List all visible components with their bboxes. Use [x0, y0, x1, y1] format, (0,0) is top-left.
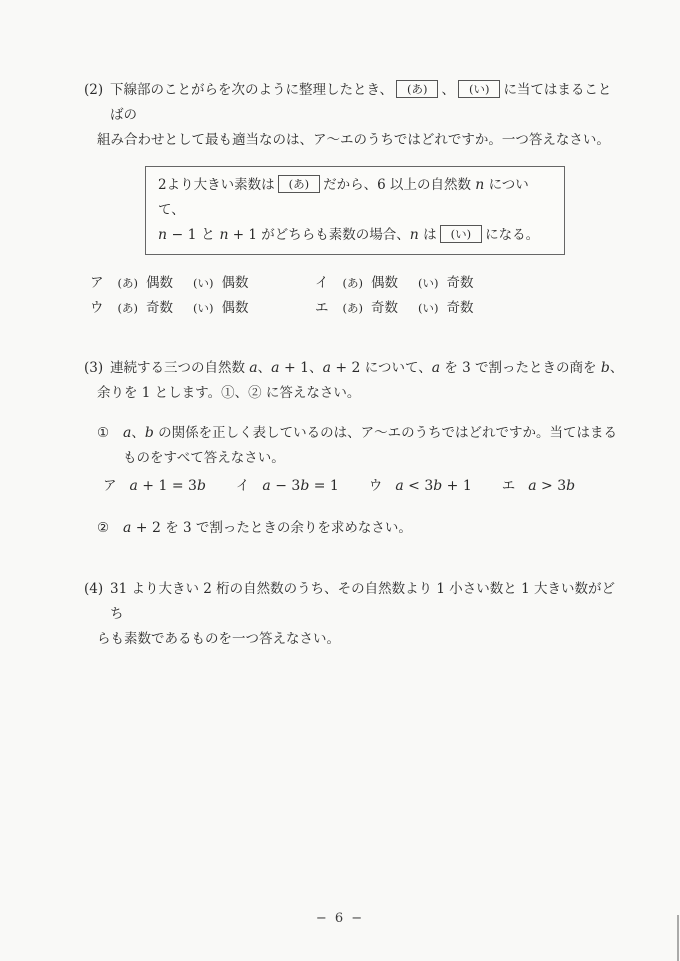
math-var-n: n — [158, 227, 167, 243]
tag-a: (あ) — [343, 271, 363, 296]
tag-a: (あ) — [118, 296, 138, 321]
math-var-n: n — [475, 177, 484, 193]
question-3-1: ① a、b の関係を正しく表しているのは、ア～エのうちではどれですか。当てはまる… — [97, 421, 624, 471]
tag-a: (あ) — [118, 271, 138, 296]
option-expression: a + 1 = 3b — [130, 474, 206, 499]
choice-value: 奇数 — [371, 296, 398, 321]
question-3-body: 連続する三つの自然数 a、a + 1、a + 2 について、a を 3 で割った… — [110, 356, 624, 406]
option-label: エ — [502, 474, 516, 499]
choice-value: 偶数 — [221, 296, 248, 321]
question-2-text: 下線部のことがらを次のように整理したとき、 — [110, 82, 393, 98]
question-3-text: について、 — [360, 360, 431, 376]
blank-box-i: (い) — [458, 80, 500, 98]
statement-text: + 1 がどちらも素数の場合、 — [229, 227, 410, 243]
statement-line-1: 2より大きい素数は(あ)だから、6 以上の自然数 n について、 — [158, 173, 552, 223]
choice-e: エ (あ) 奇数 (い) 奇数 — [315, 296, 624, 321]
choice-label: ウ — [90, 296, 104, 321]
option-e: エ a > 3b — [502, 474, 575, 499]
choice-label: エ — [315, 296, 329, 321]
question-2-choices: ア (あ) 偶数 (い) 偶数 イ (あ) 偶数 (い) 奇数 ウ (あ) 奇数… — [90, 271, 624, 321]
math-var-n: n — [410, 227, 419, 243]
option-i: イ a − 3b = 1 — [236, 474, 339, 499]
math-expr: b — [145, 425, 154, 441]
option-label: イ — [236, 474, 250, 499]
choice-a: ア (あ) 偶数 (い) 偶数 — [90, 271, 315, 296]
question-2-text: 、 — [441, 82, 455, 98]
choice-value: 奇数 — [146, 296, 173, 321]
option-label: ウ — [369, 474, 383, 499]
exam-page: { "q2": { "num": "(2)", "l1a": "下線部のことがら… — [0, 0, 680, 961]
math-expr: − 1 と — [167, 227, 219, 243]
math-expr: a — [249, 360, 257, 376]
option-a: ア a + 1 = 3b — [103, 474, 206, 499]
statement-text: になる。 — [485, 227, 539, 243]
question-4-body: 31 より大きい 2 桁の自然数のうち、その自然数より 1 小さい数と 1 大き… — [110, 577, 624, 652]
question-4-number: (4) — [84, 577, 110, 602]
statement-line-2: n − 1 と n + 1 がどちらも素数の場合、n は(い)になる。 — [158, 223, 552, 248]
question-3-2: ② a + 2 を 3 で割ったときの余りを求めなさい。 — [97, 516, 624, 541]
question-2-number: (2) — [84, 78, 110, 103]
question-4-line-1: 31 より大きい 2 桁の自然数のうち、その自然数より 1 小さい数と 1 大き… — [110, 577, 624, 627]
statement-text: 2より大きい素数は — [158, 177, 275, 193]
tag-i: (い) — [193, 271, 213, 296]
choice-value: 奇数 — [446, 296, 473, 321]
option-u: ウ a < 3b + 1 — [369, 474, 472, 499]
choice-label: ア — [90, 271, 104, 296]
question-3-2-line-1: a + 2 を 3 で割ったときの余りを求めなさい。 — [123, 516, 624, 541]
choice-value: 偶数 — [221, 271, 248, 296]
question-2-line-2: 組み合わせとして最も適当なのは、ア～エのうちではどれですか。一つ答えなさい。 — [97, 128, 624, 153]
question-4: (4) 31 より大きい 2 桁の自然数のうち、その自然数より 1 小さい数と … — [84, 577, 624, 652]
question-3-2-text: を 3 で割ったときの余りを求めなさい。 — [161, 520, 412, 536]
page-number: − 6 − — [0, 906, 680, 931]
math-expr: a + 1 — [271, 360, 309, 376]
question-3-1-line-2: ものをすべて答えなさい。 — [123, 446, 624, 471]
choice-value: 奇数 — [446, 271, 473, 296]
tag-i: (い) — [193, 296, 213, 321]
statement-text: は — [419, 227, 437, 243]
question-3-text: 、 — [258, 360, 272, 376]
choice-label: イ — [315, 271, 329, 296]
question-2-body: 下線部のことがらを次のように整理したとき、(あ)、(い)に当てはまることばの 組… — [110, 78, 624, 153]
option-label: ア — [103, 474, 117, 499]
math-expr: a — [432, 360, 440, 376]
statement-text: だから、6 以上の自然数 — [323, 177, 475, 193]
option-expression: a < 3b + 1 — [395, 474, 471, 499]
tag-i: (い) — [418, 271, 438, 296]
question-3-2-body: a + 2 を 3 で割ったときの余りを求めなさい。 — [123, 516, 624, 541]
option-expression: a > 3b — [528, 474, 575, 499]
math-var-n: n — [219, 227, 228, 243]
question-3-1-number: ① — [97, 421, 123, 446]
blank-box-a: (あ) — [396, 80, 438, 98]
tag-a: (あ) — [343, 296, 363, 321]
math-expr: a + 2 — [323, 360, 361, 376]
math-expr: b — [601, 360, 610, 376]
choice-value: 偶数 — [371, 271, 398, 296]
question-3-line-2: 余りを 1 とします。①、② に答えなさい。 — [97, 381, 624, 406]
question-3-1-body: a、b の関係を正しく表しているのは、ア～エのうちではどれですか。当てはまる も… — [123, 421, 624, 471]
question-3-1-line-1: a、b の関係を正しく表しているのは、ア～エのうちではどれですか。当てはまる — [123, 421, 624, 446]
question-3-1-text: 、 — [131, 425, 145, 441]
question-2-line-1: 下線部のことがらを次のように整理したとき、(あ)、(い)に当てはまることばの — [110, 78, 624, 128]
question-3: (3) 連続する三つの自然数 a、a + 1、a + 2 について、a を 3 … — [84, 356, 624, 406]
question-3-2-number: ② — [97, 516, 123, 541]
question-3-number: (3) — [84, 356, 110, 381]
choice-i: イ (あ) 偶数 (い) 奇数 — [315, 271, 624, 296]
math-expr: a + 2 — [123, 520, 161, 536]
option-expression: a − 3b = 1 — [262, 474, 338, 499]
question-3-text: 、 — [610, 360, 624, 376]
question-3-text: 、 — [309, 360, 323, 376]
choice-value: 偶数 — [146, 271, 173, 296]
question-3-line-1: 連続する三つの自然数 a、a + 1、a + 2 について、a を 3 で割った… — [110, 356, 624, 381]
choice-u: ウ (あ) 奇数 (い) 偶数 — [90, 296, 315, 321]
question-2: (2) 下線部のことがらを次のように整理したとき、(あ)、(い)に当てはまること… — [84, 78, 624, 153]
scan-edge-artifact — [677, 915, 679, 961]
question-3-text: 連続する三つの自然数 — [110, 360, 249, 376]
statement-box: 2より大きい素数は(あ)だから、6 以上の自然数 n について、 n − 1 と… — [145, 166, 565, 255]
question-3-1-options: ア a + 1 = 3b イ a − 3b = 1 ウ a < 3b + 1 エ… — [103, 474, 624, 499]
question-4-line-2: らも素数であるものを一つ答えなさい。 — [97, 627, 624, 652]
blank-box-i: (い) — [440, 225, 482, 243]
tag-i: (い) — [418, 296, 438, 321]
question-3-text: を 3 で割ったときの商を — [440, 360, 601, 376]
blank-box-a: (あ) — [278, 175, 320, 193]
question-3-1-text: の関係を正しく表しているのは、ア～エのうちではどれですか。当てはまる — [154, 425, 617, 441]
